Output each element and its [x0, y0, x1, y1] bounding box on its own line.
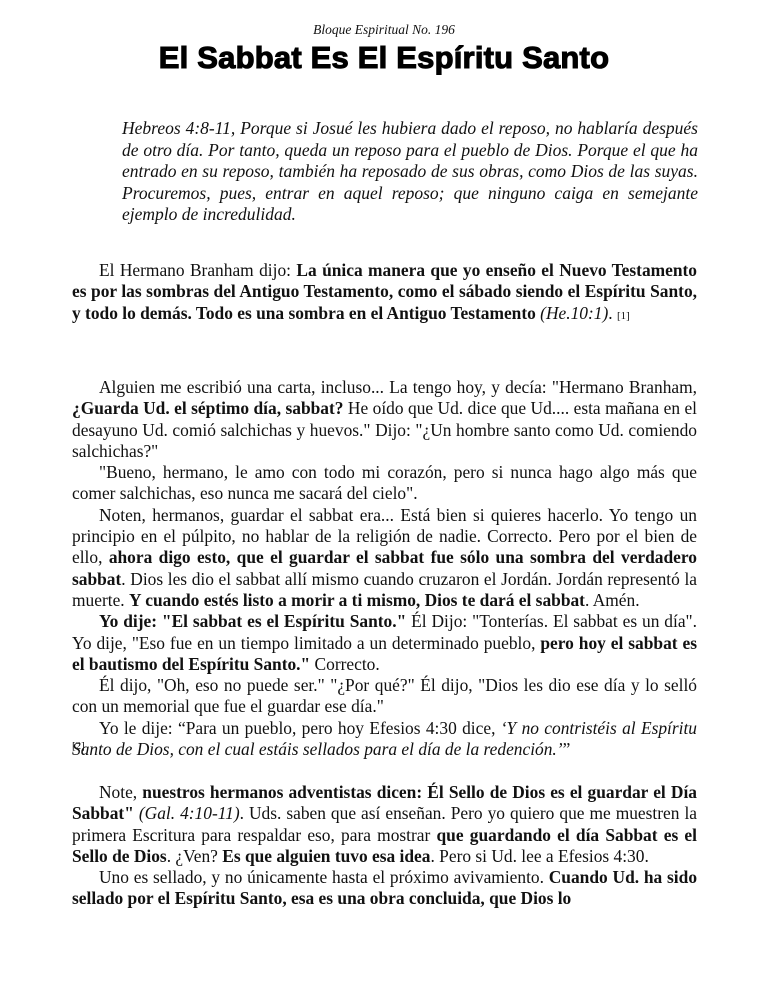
scripture-epigraph: Hebreos 4:8-11, Porque si Josué les hubi…	[122, 118, 698, 226]
section-3: Note, nuestros hermanos adventistas dice…	[72, 782, 697, 910]
text: . Amén.	[585, 590, 640, 610]
citation: (He.10:1)	[536, 303, 608, 323]
paragraph: Noten, hermanos, guardar el sabbat era..…	[72, 505, 697, 611]
text: Alguien me escribió una carta, incluso..…	[99, 377, 697, 397]
text: . Pero si Ud. lee a Efesios 4:30.	[430, 846, 648, 866]
bold-quote: Y cuando estés listo a morir a ti mismo,…	[129, 590, 585, 610]
reference-marker: [1]	[617, 310, 630, 322]
paragraph: Yo dije: "El sabbat es el Espíritu Santo…	[72, 611, 697, 675]
paragraph: El Hermano Branham dijo: La única manera…	[72, 260, 697, 327]
paragraph: Yo le dije: “Para un pueblo, pero hoy Ef…	[72, 718, 697, 761]
bold-quote: ¿Guarda Ud. el séptimo día, sabbat?	[72, 398, 344, 418]
paragraph: "Bueno, hermano, le amo con todo mi cora…	[72, 462, 697, 505]
paragraph: Uno es sellado, y no únicamente hasta el…	[72, 867, 697, 910]
text: Note,	[99, 782, 142, 802]
section-2: Alguien me escribió una carta, incluso..…	[72, 377, 697, 760]
bold-quote: Es que alguien tuvo esa idea	[222, 846, 430, 866]
paragraph: Note, nuestros hermanos adventistas dice…	[72, 782, 697, 867]
citation: (Gal. 4:10-11)	[134, 803, 240, 823]
section-1: El Hermano Branham dijo: La única manera…	[72, 260, 697, 327]
text: . ¿Ven?	[167, 846, 223, 866]
paragraph: Alguien me escribió una carta, incluso..…	[72, 377, 697, 462]
text: Yo le dije: “Para un pueblo, pero hoy Ef…	[99, 718, 501, 738]
text: .	[608, 303, 617, 323]
text: Correcto.	[310, 654, 380, 674]
bold-quote: Yo dije: "El sabbat es el Espíritu Santo…	[99, 611, 406, 631]
document-title: El Sabbat Es El Espíritu Santo	[0, 39, 768, 77]
text: ”	[563, 739, 571, 759]
document-subtitle: Bloque Espiritual No. 196	[0, 21, 768, 39]
reference-marker: [2]	[72, 739, 85, 753]
text: El Hermano Branham dijo:	[99, 260, 296, 280]
text: Uno es sellado, y no únicamente hasta el…	[99, 867, 549, 887]
paragraph: Él dijo, "Oh, eso no puede ser." "¿Por q…	[72, 675, 697, 718]
